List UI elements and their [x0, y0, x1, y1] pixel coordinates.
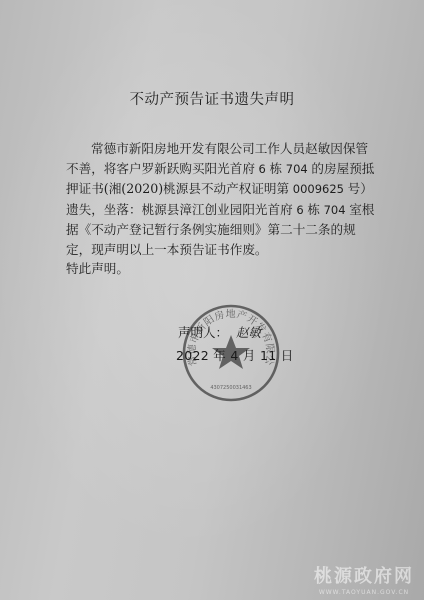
date-month: 4	[230, 348, 238, 363]
paragraph-text: 栋	[307, 202, 320, 217]
scanned-document: 不动产预告证书遗失声明 常德市新阳房地开发有限公司工作人员赵敏因保管不善，将客户…	[0, 0, 424, 600]
building-number: 6	[255, 162, 270, 176]
signature-label: 声明人：	[178, 325, 228, 340]
paragraph-text: 桃源县不动产权证明第	[163, 181, 289, 196]
date-year: 2022	[176, 348, 209, 363]
paragraph-line: 客户罗新跃购买阳光首府	[116, 161, 255, 176]
declaration-paragraph: 常德市新阳房地开发有限公司工作人员赵敏因保管不善，将客户罗新跃购买阳光首府 6 …	[66, 139, 378, 259]
certificate-number: 0009625	[289, 182, 348, 196]
building-number: 6	[293, 203, 308, 217]
room-number: 704	[282, 162, 311, 176]
date-unit: 年	[209, 348, 230, 363]
document-title: 不动产预告证书遗失声明	[0, 88, 424, 109]
declaration-date: 2022 年 4 月 11 日	[176, 346, 294, 364]
watermark-url: WWW.TAOYUAN.GOV.CN	[314, 589, 414, 596]
date-unit: 月	[239, 348, 260, 363]
signature-name: 赵敏	[236, 325, 261, 340]
signature-line: 声明人：赵敏	[178, 323, 261, 341]
site-watermark: 桃源政府网 WWW.TAOYUAN.GOV.CN	[314, 562, 414, 596]
watermark-title: 桃源政府网	[314, 562, 414, 588]
svg-text:4307250031463: 4307250031463	[210, 385, 251, 391]
paragraph-text: 栋	[270, 161, 283, 176]
paragraph-text: 业园阳光首府	[217, 202, 293, 217]
date-unit: 日	[277, 348, 294, 363]
closing-statement: 特此声明。	[66, 259, 378, 279]
declaration-body: 常德市新阳房地开发有限公司工作人员赵敏因保管不善，将客户罗新跃购买阳光首府 6 …	[66, 139, 378, 279]
room-number: 704	[320, 203, 349, 217]
date-day: 11	[260, 348, 277, 363]
